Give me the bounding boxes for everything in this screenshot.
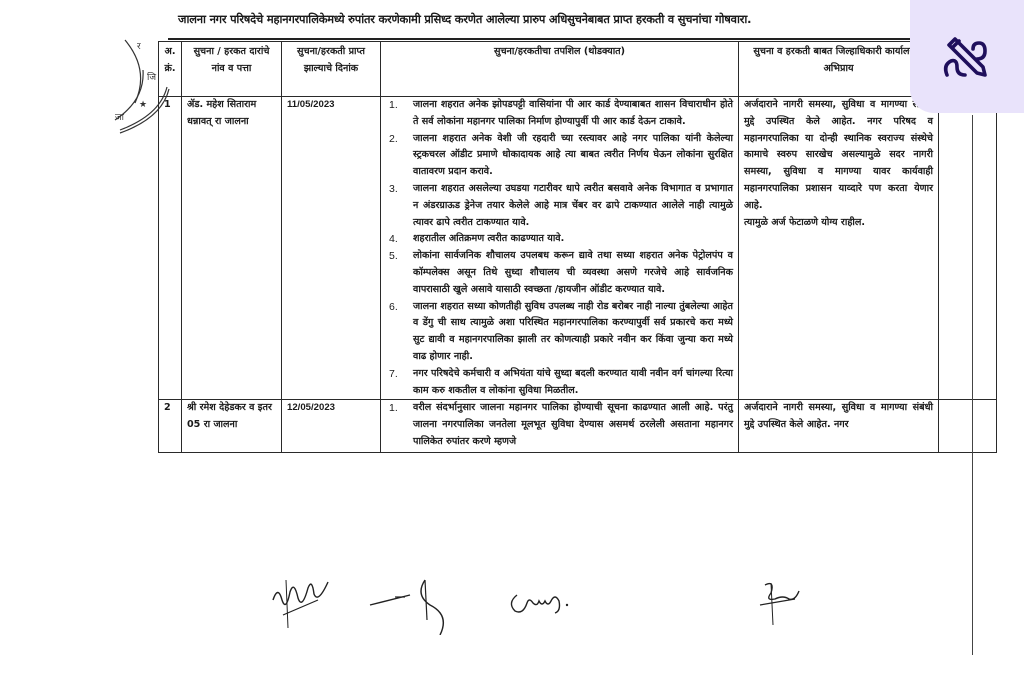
row-details: 1.वरील संदर्भानुसार जालना महानगर पालिका … [381,400,739,453]
row-remarks [939,400,997,453]
header-date: सुचना/हरकती प्राप्त झाल्याचे दिनांक [282,42,381,97]
row-opinion: अर्जदाराने नागरी समस्या, सुविधा व मागण्य… [739,97,939,400]
row-remarks [939,97,997,400]
detail-point: 5.लोकांना सार्वजनिक शौचालय उपलबध करून द्… [386,248,733,298]
page-edge-line [972,115,973,655]
opinion-text: अर्जदाराने नागरी समस्या, सुविधा व मागण्य… [744,400,933,434]
detail-point: 1.वरील संदर्भानुसार जालना महानगर पालिका … [386,400,733,450]
detail-point: 6.जालना शहरात सध्या कोणतीही सुविध उपलब्ध… [386,299,733,366]
row-serial: 2 [159,400,182,453]
opinion-text: अर्जदाराने नागरी समस्या, सुविधा व मागण्य… [744,97,933,215]
signature-1 [268,570,338,630]
detail-point: 7.नगर परिषदेचे कर्मचारी व अभियंता यांचे … [386,366,733,400]
signature-2 [365,575,475,635]
header-details: सुचना/हरकतीचा तपशिल (थोडक्यात) [381,42,739,97]
objections-table: अ. क्रं. सुचना / हरकत दारांचे नांव व पत्… [158,41,997,453]
header-name: सुचना / हरकत दारांचे नांव व पत्ता [182,42,282,97]
row-date: 12/05/2023 [282,400,381,453]
row-name: ॲड. महेश सिताराम धन्नावत् रा जालना [182,97,282,400]
signature-4 [755,575,805,625]
row-name: श्री रमेश देहेडकर व इतर 05 रा जालना [182,400,282,453]
row-details: 1.जालना शहरात अनेक झोपडपट्टी वासियांना प… [381,97,739,400]
svg-text:जा: जा [115,113,125,123]
row-opinion: अर्जदाराने नागरी समस्या, सुविधा व मागण्य… [739,400,939,453]
document-title: जालना नगर परिषदेचे महानगरपालिकेमध्ये रुप… [178,12,908,27]
detail-point: 4.शहरातील अतिक्रमण त्वरीत काढण्यात यावे. [386,231,733,248]
opinion-conclusion: त्यामुळे अर्ज फेटाळणे योग्य राहील. [744,215,933,232]
svg-text:र: र [137,42,141,52]
svg-text:जि: जि [147,71,156,83]
detail-point: 2.जालना शहरात अनेक वेशी जी रहदारी च्या र… [386,131,733,181]
pen-scribble-icon [939,29,995,85]
header-opinion: सुचना व हरकती बाबत जिल्हाधिकारी कार्यालय… [739,42,939,97]
edit-overlay-badge[interactable] [910,0,1024,113]
detail-point: 1.जालना शहरात अनेक झोपडपट्टी वासियांना प… [386,97,733,131]
table-row: 2 श्री रमेश देहेडकर व इतर 05 रा जालना 12… [159,400,997,453]
svg-text:★: ★ [139,100,147,110]
table-header-row: अ. क्रं. सुचना / हरकत दारांचे नांव व पत्… [159,42,997,97]
signature-3 [505,583,585,618]
title-underline [168,38,910,40]
table-row: 1 ॲड. महेश सिताराम धन्नावत् रा जालना 11/… [159,97,997,400]
detail-point: 3.जालना शहरात असलेल्या उघडया गटारीवर धाप… [386,181,733,231]
header-serial: अ. क्रं. [159,42,182,97]
row-serial: 1 [159,97,182,400]
row-date: 11/05/2023 [282,97,381,400]
